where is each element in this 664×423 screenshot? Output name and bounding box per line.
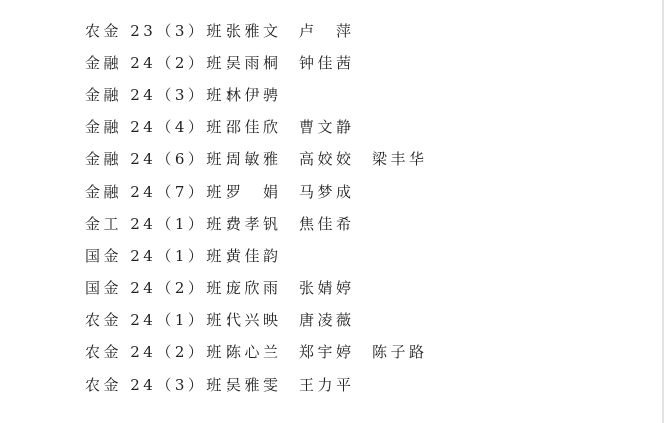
list-item: 国金 24（2）班： 庞欣雨 张婧婷 (85, 272, 452, 304)
class-label: 金融 24（2）班： (85, 52, 226, 73)
list-item: 金融 24（7）班： 罗 娟 马梦成 (85, 175, 452, 207)
student-name: 张雅文 (226, 20, 299, 41)
list-item: 金融 24（3）班： 林伊骋 (85, 78, 452, 110)
student-name: 郑宇婷 (299, 341, 372, 362)
class-label: 金融 24（7）班： (85, 181, 226, 202)
student-name: 陈心兰 (226, 341, 299, 362)
student-name: 钟佳茜 (299, 52, 372, 73)
class-label: 农金 23（3）班： (85, 20, 226, 41)
student-name: 马梦成 (299, 181, 372, 202)
list-item: 国金 24（1）班： 黄佳韵 (85, 239, 452, 271)
student-name: 代兴映 (226, 309, 299, 330)
list-item: 农金 24（1）班： 代兴映 唐凌薇 (85, 304, 452, 336)
student-name: 唐凌薇 (299, 309, 372, 330)
student-name: 费孝钒 (226, 213, 299, 234)
list-item: 农金 23（3）班： 张雅文 卢 萍 (85, 14, 452, 46)
student-name: 高姣姣 (299, 148, 372, 169)
class-label: 农金 24（2）班： (85, 341, 226, 362)
student-name: 曹文静 (299, 116, 372, 137)
list-item: 金融 24（6）班： 周敏雅 高姣姣 梁丰华 (85, 143, 452, 175)
student-name: 罗 娟 (226, 181, 299, 202)
student-name: 陈子路 (372, 341, 452, 362)
student-name: 庞欣雨 (226, 277, 299, 298)
list-item: 农金 24（2）班： 陈心兰 郑宇婷 陈子路 (85, 336, 452, 368)
student-name: 王力平 (299, 374, 372, 395)
document-page: 农金 23（3）班： 张雅文 卢 萍 金融 24（2）班： 吴雨桐 钟佳茜 金融… (0, 0, 662, 423)
student-name: 卢 萍 (299, 20, 372, 41)
student-name: 林伊骋 (226, 84, 299, 105)
class-label: 金工 24（1）班： (85, 213, 226, 234)
list-item: 金融 24（2）班： 吴雨桐 钟佳茜 (85, 46, 452, 78)
student-name: 梁丰华 (372, 148, 452, 169)
list-item: 金工 24（1）班： 费孝钒 焦佳希 (85, 207, 452, 239)
student-name: 邵佳欣 (226, 116, 299, 137)
student-name: 黄佳韵 (226, 245, 299, 266)
class-label: 国金 24（1）班： (85, 245, 226, 266)
student-name: 吴雨桐 (226, 52, 299, 73)
list-item: 农金 24（3）班： 吴雅雯 王力平 (85, 368, 452, 400)
class-label: 金融 24（3）班： (85, 84, 226, 105)
list-item: 金融 24（4）班： 邵佳欣 曹文静 (85, 111, 452, 143)
student-name: 焦佳希 (299, 213, 372, 234)
class-label: 农金 24（3）班： (85, 374, 226, 395)
student-name: 吴雅雯 (226, 374, 299, 395)
class-label: 金融 24（4）班： (85, 116, 226, 137)
class-label: 金融 24（6）班： (85, 148, 226, 169)
class-name-list: 农金 23（3）班： 张雅文 卢 萍 金融 24（2）班： 吴雨桐 钟佳茜 金融… (85, 14, 452, 400)
class-label: 农金 24（1）班： (85, 309, 226, 330)
student-name: 周敏雅 (226, 148, 299, 169)
student-name: 张婧婷 (299, 277, 372, 298)
class-label: 国金 24（2）班： (85, 277, 226, 298)
